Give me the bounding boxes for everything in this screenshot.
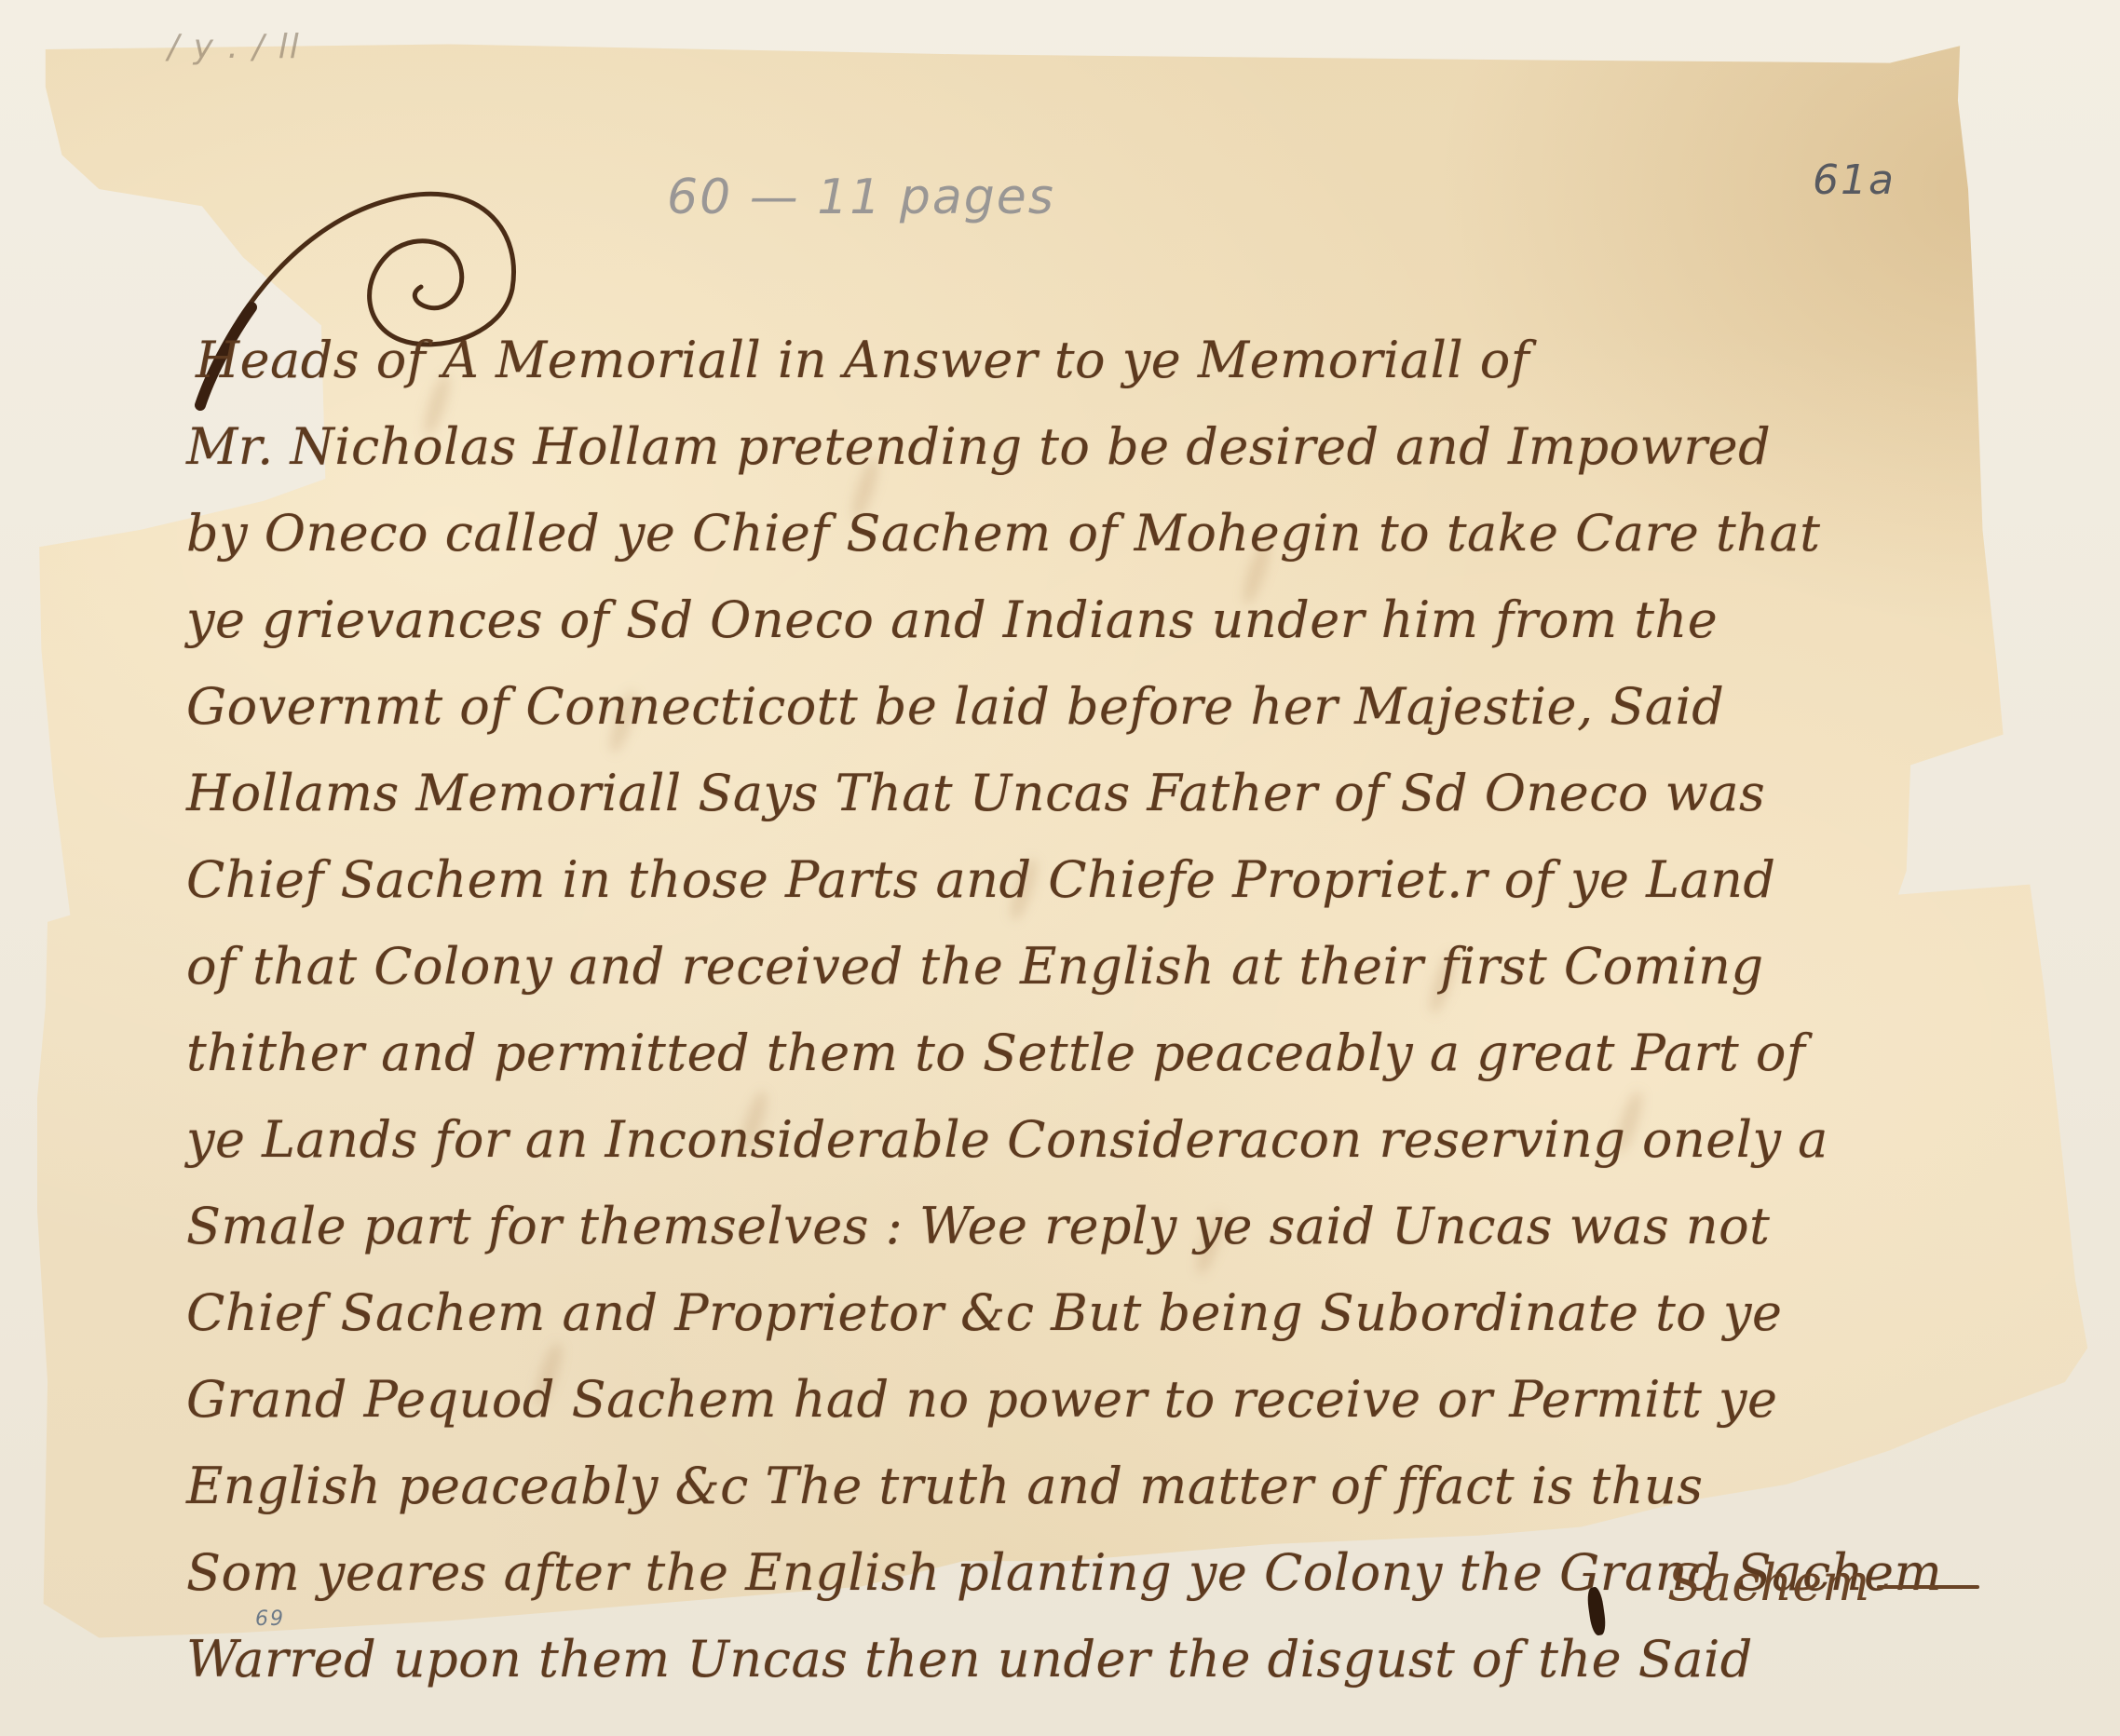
top-edge-fragment: / y . / ll <box>168 28 301 66</box>
closing-word: Sachem <box>1667 1553 1869 1612</box>
manuscript-line-14: English peaceably &c The truth and matte… <box>186 1443 2040 1529</box>
closing-catchword: Sachem <box>1667 1553 1979 1612</box>
manuscript-line-11: Smale part for themselves : Wee reply ye… <box>186 1183 2040 1269</box>
folio-number: 61a <box>1813 156 1896 204</box>
manuscript-line-5: Governmt of Connecticott be laid before … <box>186 663 2040 750</box>
manuscript-line-13: Grand Pequod Sachem had no power to rece… <box>186 1356 2040 1443</box>
manuscript-line-6: Hollams Memoriall Says That Uncas Father… <box>186 750 2040 836</box>
manuscript-line-10: ye Lands for an Inconsiderable Considera… <box>186 1096 2040 1183</box>
manuscript-line-1: Heads of A Memoriall in Answer to ye Mem… <box>186 317 2040 403</box>
manuscript-line-8: of that Colony and received the English … <box>186 923 2040 1010</box>
manuscript-line-4: ye grievances of Sd Oneco and Indians un… <box>186 576 2040 663</box>
pencil-page-count-annotation: 60 — 11 pages <box>667 170 1055 225</box>
line-filler-flourish-icon <box>1877 1585 1979 1589</box>
manuscript-line-7: Chief Sachem in those Parts and Chiefe P… <box>186 836 2040 923</box>
manuscript-line-12: Chief Sachem and Proprietor &c But being… <box>186 1269 2040 1356</box>
manuscript-body: Heads of A Memoriall in Answer to ye Mem… <box>186 317 2040 1702</box>
manuscript-line-9: thither and permitted them to Settle pea… <box>186 1010 2040 1096</box>
manuscript-line-16: Warred upon them Uncas then under the di… <box>186 1616 2040 1702</box>
manuscript-line-2: Mr. Nicholas Hollam pretending to be des… <box>186 403 2040 490</box>
manuscript-line-3: by Oneco called ye Chief Sachem of Moheg… <box>186 490 2040 576</box>
page-mark-bottom: 69 <box>255 1607 285 1631</box>
